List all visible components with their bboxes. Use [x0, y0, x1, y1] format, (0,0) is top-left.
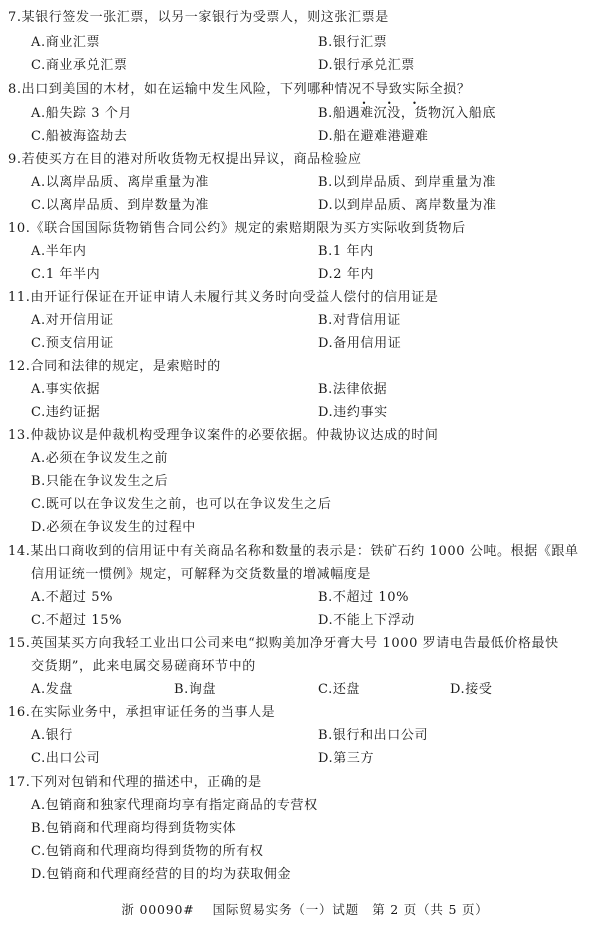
question-16-option-b: B.银行和出口公司 — [318, 728, 428, 744]
question-8-option-c: C.船被海盗劫去 — [31, 129, 127, 145]
question-11-option-d: D.备用信用证 — [318, 336, 401, 352]
question-12-option-c: C.违约证据 — [31, 405, 100, 421]
question-7-option-b: B.银行汇票 — [318, 35, 387, 51]
question-15-option-d: D.接受 — [450, 682, 493, 698]
question-15-stem-continued: 交货期”，此来电属交易磋商环节中的 — [31, 659, 256, 675]
emphasis-words: 不导致 — [362, 82, 403, 97]
question-16-option-a: A.银行 — [31, 728, 73, 744]
question-10-stem: 10.《联合国国际货物销售合同公约》规定的索赔期限为买方实际收到货物后 — [8, 221, 466, 237]
question-13-option-b: B.只能在争议发生之后 — [31, 474, 168, 490]
question-11-option-c: C.预支信用证 — [31, 336, 114, 352]
question-17-option-b: B.包销商和代理商均得到货物实体 — [31, 821, 236, 837]
question-11-option-a: A.对开信用证 — [31, 313, 114, 329]
question-17-option-c: C.包销商和代理商均得到货物的所有权 — [31, 844, 263, 860]
question-9-option-c: C.以离岸品质、到岸数量为准 — [31, 198, 209, 214]
question-7-option-a: A.商业汇票 — [31, 35, 100, 51]
question-15-stem: 15.英国某买方向我轻工业出口公司来电“拟购美加净牙膏大号 1000 罗请电告最… — [8, 636, 559, 652]
question-8-stem: 8.出口到美国的木材，如在运输中发生风险，下列哪种情况不导致• • •实际全损？ — [8, 82, 470, 98]
question-13-option-a: A.必须在争议发生之前 — [31, 451, 168, 467]
question-13-option-d: D.必须在争议发生的过程中 — [31, 520, 196, 536]
question-13-stem: 13.仲裁协议是仲裁机构受理争议案件的必要依据。仲裁协议达成的时间 — [8, 428, 438, 444]
question-11-option-b: B.对背信用证 — [318, 313, 401, 329]
question-12-option-a: A.事实依据 — [31, 382, 100, 398]
question-17-option-a: A.包销商和独家代理商均享有指定商品的专营权 — [31, 798, 318, 814]
question-7-option-c: C.商业承兑汇票 — [31, 58, 127, 74]
question-14-stem: 14.某出口商收到的信用证中有关商品名称和数量的表示是：铁矿石约 1000 公吨… — [8, 544, 579, 560]
question-17-stem: 17.下列对包销和代理的描述中，正确的是 — [8, 775, 262, 791]
question-7-option-d: D.银行承兑汇票 — [318, 58, 415, 74]
question-14-option-b: B.不超过 10% — [318, 590, 409, 606]
question-10-option-d: D.2 年内 — [318, 267, 374, 283]
question-12-stem: 12.合同和法律的规定，是索赔时的 — [8, 359, 221, 375]
question-10-option-a: A.半年内 — [31, 244, 87, 260]
emphasis-text: 不导致• • • — [362, 82, 403, 97]
question-14-option-a: A.不超过 5% — [31, 590, 113, 606]
question-13-option-c: C.既可以在争议发生之前，也可以在争议发生之后 — [31, 497, 331, 513]
question-15-option-c: C.还盘 — [318, 682, 360, 698]
question-12-option-b: B.法律依据 — [318, 382, 387, 398]
question-10-option-c: C.1 年半内 — [31, 267, 100, 283]
question-8-option-b: B.船遇难沉没，货物沉入船底 — [318, 106, 496, 122]
question-16-option-d: D.第三方 — [318, 751, 374, 767]
question-16-stem: 16.在实际业务中，承担审证任务的当事人是 — [8, 705, 275, 721]
page-footer: 浙 00090# 国际贸易实务（一）试题 第 2 页（共 5 页） — [0, 900, 610, 918]
question-8-stem-text: 8.出口到美国的木材，如在运输中发生风险，下列哪种情况 — [8, 82, 362, 97]
question-14-option-d: D.不能上下浮动 — [318, 613, 415, 629]
question-9-option-b: B.以到岸品质、到岸重量为准 — [318, 175, 496, 191]
question-9-option-a: A.以离岸品质、离岸重量为准 — [31, 175, 209, 191]
question-9-option-d: D.以到岸品质、离岸数量为准 — [318, 198, 497, 214]
question-14-stem-continued: 信用证统一惯例》规定，可解释为交货数量的增减幅度是 — [31, 567, 371, 583]
question-12-option-d: D.违约事实 — [318, 405, 388, 421]
question-8-option-d: D.船在避难港避难 — [318, 129, 429, 145]
question-16-option-c: C.出口公司 — [31, 751, 100, 767]
question-17-option-d: D.包销商和代理商经营的目的均为获取佣金 — [31, 867, 291, 883]
question-14-option-c: C.不超过 15% — [31, 613, 122, 629]
question-15-option-b: B.询盘 — [174, 682, 216, 698]
question-10-option-b: B.1 年内 — [318, 244, 374, 260]
question-8-option-a: A.船失踪 3 个月 — [31, 106, 132, 122]
question-15-option-a: A.发盘 — [31, 682, 73, 698]
question-11-stem: 11.由开证行保证在开证申请人未履行其义务时向受益人偿付的信用证是 — [8, 290, 438, 306]
question-7-stem: 7.某银行签发一张汇票，以另一家银行为受票人，则这张汇票是 — [8, 10, 389, 26]
question-9-stem: 9.若使买方在目的港对所收货物无权提出异议，商品检验应 — [8, 152, 362, 168]
question-8-stem-end: 实际全损？ — [402, 82, 470, 97]
